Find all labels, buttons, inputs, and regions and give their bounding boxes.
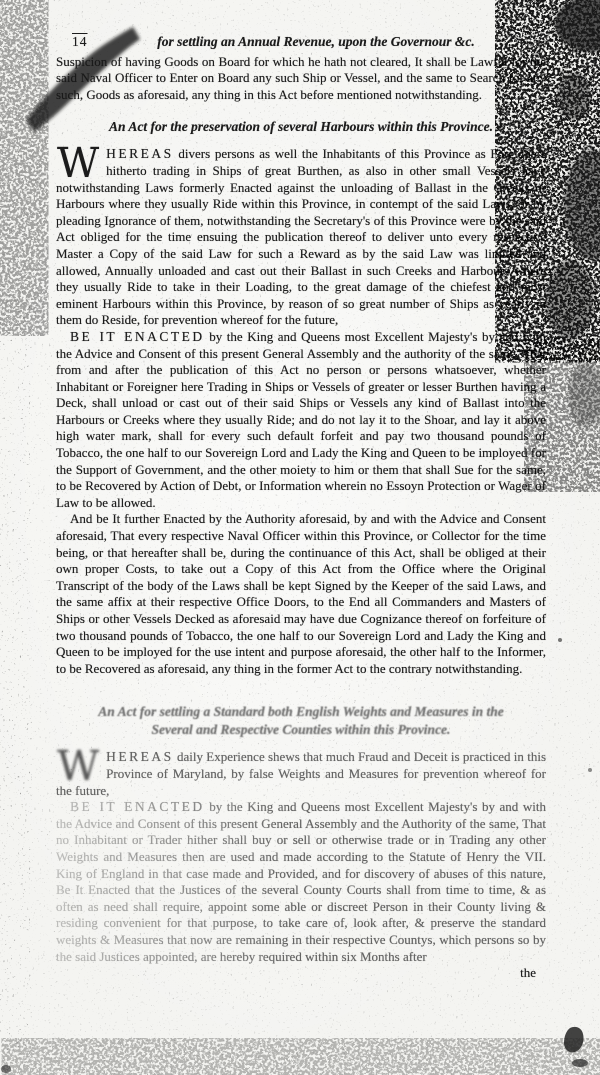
intro-paragraph: Suspicion of having Goods on Board for w… bbox=[56, 54, 546, 104]
running-title: for settling an Annual Revenue, upon the… bbox=[112, 34, 546, 51]
dropcap-initial: W bbox=[56, 146, 106, 178]
act-harbours-whereas: WHEREAS divers persons as well the Inhab… bbox=[56, 146, 546, 329]
act-weights-whereas: WHEREAS daily Experience shews that much… bbox=[56, 749, 546, 799]
ink-stain-top-right-4 bbox=[546, 260, 594, 340]
act-harbours-enacted: BE IT ENACTED by the King and Queens mos… bbox=[56, 329, 546, 512]
act-harbours-further: And be It further Enacted by the Authori… bbox=[56, 511, 546, 677]
ink-dot-bottom-right bbox=[572, 1059, 588, 1067]
catchword: the bbox=[56, 965, 546, 982]
enacted-text: by the King and Queens most Excellent Ma… bbox=[56, 799, 546, 963]
scanned-book-page: 14 for settling an Annual Revenue, upon … bbox=[0, 0, 600, 1075]
edge-noise-left-lower bbox=[0, 320, 30, 1020]
enacted-lead: BE IT ENACTED bbox=[70, 329, 205, 344]
whereas-lead: HEREAS bbox=[106, 749, 174, 764]
page-header: 14 for settling an Annual Revenue, upon … bbox=[56, 34, 546, 51]
whereas-text: divers persons as well the Inhabitants o… bbox=[56, 146, 546, 327]
text-column: 14 for settling an Annual Revenue, upon … bbox=[56, 34, 546, 982]
ink-dot-bottom-left bbox=[1, 1065, 11, 1073]
page-number: 14 bbox=[72, 34, 112, 51]
ink-stain-top-right-3 bbox=[564, 150, 600, 260]
whereas-lead: HEREAS bbox=[106, 146, 174, 161]
act-weights-enacted: BE IT ENACTED by the King and Queens mos… bbox=[56, 799, 546, 965]
ink-blot-bottom-right bbox=[564, 1027, 584, 1053]
act-harbours-heading: An Act for the preservation of several H… bbox=[80, 118, 522, 136]
edge-noise-bottom bbox=[30, 1040, 600, 1075]
ink-stain-right-mid bbox=[568, 363, 600, 427]
enacted-lead: BE IT ENACTED bbox=[70, 799, 205, 814]
act-weights-heading: An Act for settling a Standard both Engl… bbox=[80, 703, 522, 739]
enacted-text: by the King and Queens most Excellent Ma… bbox=[56, 329, 546, 510]
dropcap-initial-smudged: W bbox=[56, 749, 106, 781]
ink-stain-top-right-2 bbox=[557, 72, 591, 120]
ink-stain-top-right-1 bbox=[555, 0, 600, 52]
ink-dot-right-2 bbox=[588, 768, 592, 772]
ink-dot-right-1 bbox=[558, 638, 562, 642]
edge-noise-left bbox=[0, 0, 46, 320]
